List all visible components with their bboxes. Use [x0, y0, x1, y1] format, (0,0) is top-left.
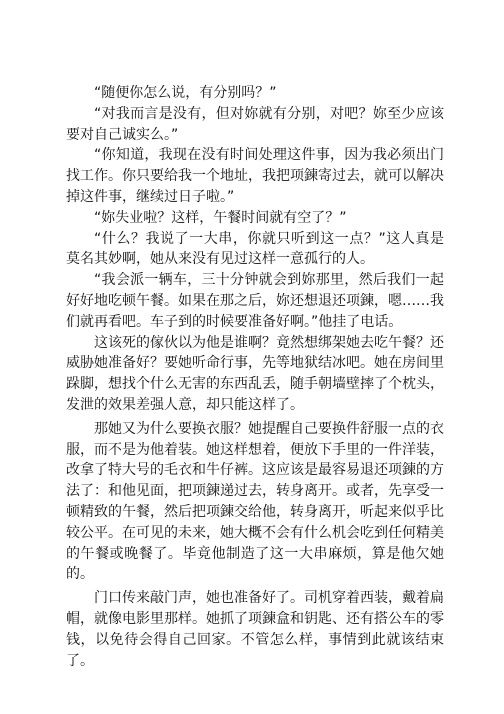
- paragraph: “妳失业啦？这样，午餐时间就有空了？”: [66, 208, 444, 229]
- paragraph: “我会派一辆车，三十分钟就会到妳那里，然后我们一起好好地吃顿午餐。如果在那之后，…: [66, 270, 444, 332]
- paragraph: “对我而言是没有，但对妳就有分别，对吧？妳至少应该要对自己诚实么。”: [66, 104, 444, 146]
- paragraph: 门口传来敲门声，她也准备好了。司机穿着西装，戴着扁帽，就像电影里那样。她抓了项鍊…: [66, 588, 444, 671]
- document-page: “随便你怎么说，有分别吗？” “对我而言是没有，但对妳就有分别，对吧？妳至少应该…: [66, 83, 444, 671]
- paragraph: 这该死的傢伙以为他是谁啊？竟然想绑架她去吃午餐？还威胁她准备好？要她听命行事，先…: [66, 333, 444, 416]
- paragraph: 那她又为什么要换衣服？她提醒自己要换件舒服一点的衣服，而不是为他着装。她这样想着…: [66, 419, 444, 585]
- paragraph: “随便你怎么说，有分别吗？”: [66, 83, 444, 104]
- paragraph: “你知道，我现在没有时间处理这件事，因为我必须出门找工作。你只要给我一个地址，我…: [66, 145, 444, 207]
- paragraph: “什么？我说了一大串，你就只听到这一点？”这人真是莫名其妙啊，她从来没有见过这样…: [66, 229, 444, 271]
